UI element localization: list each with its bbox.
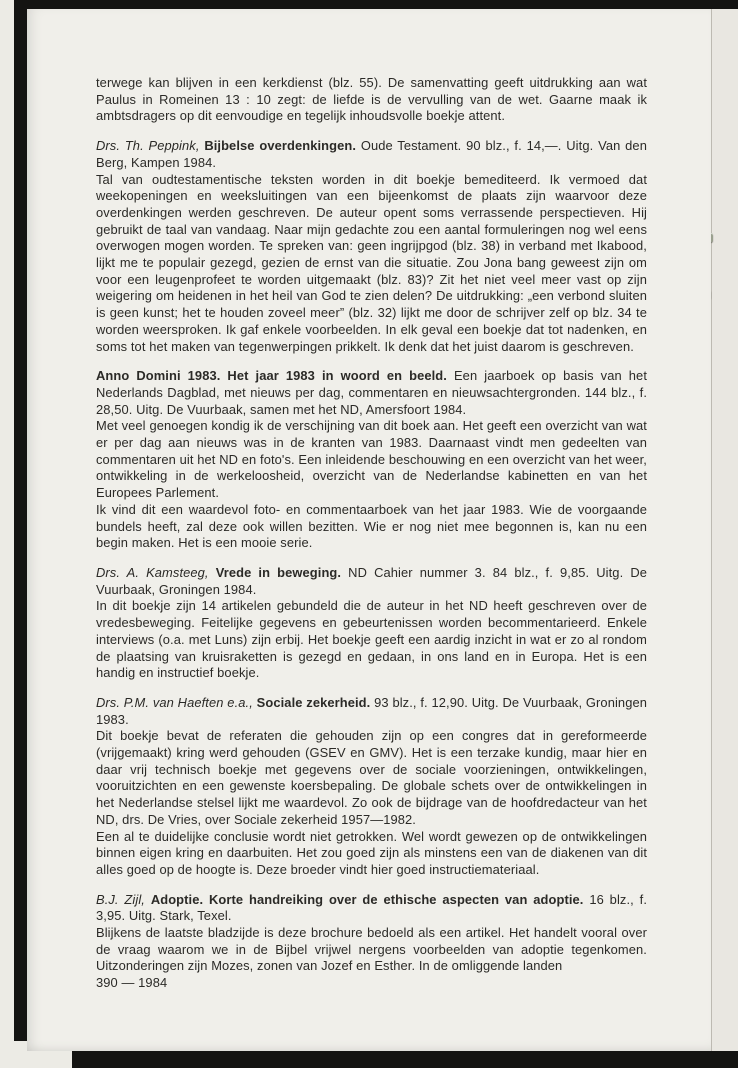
review-paragraph: Tal van oudtestamentische teksten worden… xyxy=(96,172,647,356)
book-title: Vrede in beweging. xyxy=(216,565,341,580)
book-entry: B.J. Zijl, Adoptie. Korte handreiking ov… xyxy=(96,892,647,976)
book-title: Adoptie. Korte handreiking over de ethis… xyxy=(151,892,584,907)
book-entry-heading: Drs. A. Kamsteeg, Vrede in beweging. ND … xyxy=(96,565,647,598)
book-entry: Drs. Th. Peppink, Bijbelse overdenkingen… xyxy=(96,138,647,355)
scan-border-left xyxy=(14,0,27,1041)
book-title: Anno Domini 1983. Het jaar 1983 in woord… xyxy=(96,368,447,383)
review-paragraph: Met veel genoegen kondig ik de verschijn… xyxy=(96,418,647,502)
text-block: terwege kan blijven in een kerkdienst (b… xyxy=(96,75,647,992)
book-entry: Drs. P.M. van Haeften e.a., Sociale zeke… xyxy=(96,695,647,879)
book-entry-heading: Drs. P.M. van Haeften e.a., Sociale zeke… xyxy=(96,695,647,728)
review-paragraph: In dit boekje zijn 14 artikelen gebundel… xyxy=(96,598,647,682)
book-page: terwege kan blijven in een kerkdienst (b… xyxy=(27,9,711,1051)
book-author: Drs. A. Kamsteeg, xyxy=(96,565,209,580)
intro-paragraph: terwege kan blijven in een kerkdienst (b… xyxy=(96,75,647,125)
book-entry: Drs. A. Kamsteeg, Vrede in beweging. ND … xyxy=(96,565,647,682)
scan-border-top xyxy=(14,0,738,9)
page-edge-strip xyxy=(711,9,738,1051)
page-number: 390 — 1984 xyxy=(96,975,647,992)
book-entry-heading: B.J. Zijl, Adoptie. Korte handreiking ov… xyxy=(96,892,647,925)
book-title: Sociale zekerheid. xyxy=(257,695,371,710)
book-entry: Anno Domini 1983. Het jaar 1983 in woord… xyxy=(96,368,647,552)
book-entry-heading: Anno Domini 1983. Het jaar 1983 in woord… xyxy=(96,368,647,418)
review-paragraph: Ik vind dit een waardevol foto- en comme… xyxy=(96,502,647,552)
book-entry-heading: Drs. Th. Peppink, Bijbelse overdenkingen… xyxy=(96,138,647,171)
book-author: Drs. P.M. van Haeften e.a., xyxy=(96,695,253,710)
book-title: Bijbelse overdenkingen. xyxy=(204,138,356,153)
review-paragraph: Blijkens de laatste bladzijde is deze br… xyxy=(96,925,647,975)
review-paragraph: Dit boekje bevat de referaten die gehoud… xyxy=(96,728,647,828)
book-author: B.J. Zijl, xyxy=(96,892,145,907)
review-paragraph: Een al te duidelijke conclusie wordt nie… xyxy=(96,829,647,879)
book-author: Drs. Th. Peppink, xyxy=(96,138,200,153)
scan-border-bottom xyxy=(72,1051,738,1068)
